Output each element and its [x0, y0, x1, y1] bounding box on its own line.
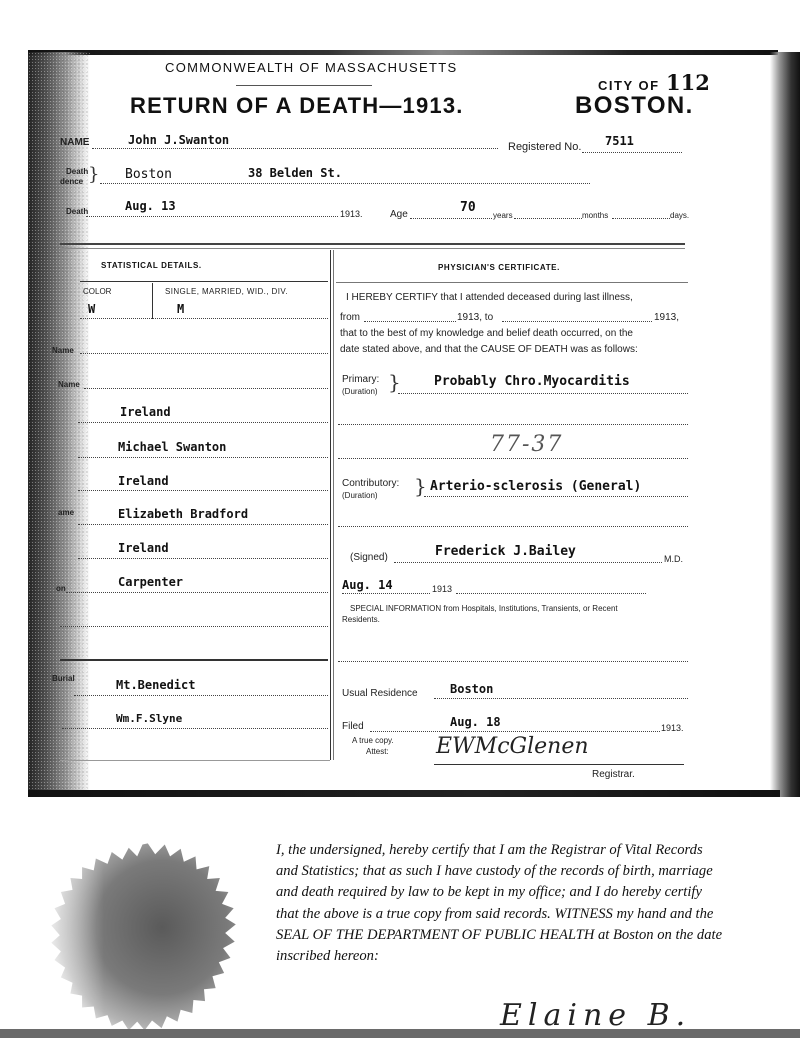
form-bottom-border: [28, 790, 780, 797]
color-label: COLOR: [83, 287, 111, 296]
filed-dotted-line: [370, 731, 660, 732]
stat-row-line-2: [84, 388, 328, 389]
scan-noise-left: [28, 52, 90, 797]
color-value: W: [88, 302, 95, 316]
residence-brace: }: [88, 166, 99, 184]
signed-label: (Signed): [350, 552, 388, 563]
handwritten-code: 77-37: [490, 432, 563, 457]
signed-date-dotted-line: [342, 593, 430, 594]
column-divider-2: [333, 250, 334, 760]
decedent-name: John J.Swanton: [128, 133, 229, 147]
usual-residence-value: Boston: [450, 682, 493, 696]
stat-row-line-4: [78, 457, 328, 458]
mother-name-value: Elizabeth Bradford: [118, 507, 248, 521]
days-dotted-line: [612, 218, 670, 219]
physician-name: Frederick J.Bailey: [435, 544, 576, 559]
age-label: Age: [390, 209, 408, 220]
column-divider: [330, 250, 331, 760]
burial-dotted-line: [74, 695, 328, 696]
residence-street: 38 Belden St.: [248, 166, 342, 180]
stat-row-line-9: [60, 626, 328, 627]
signed-year: 1913: [432, 584, 452, 594]
form-title: RETURN OF A DEATH—1913.: [130, 93, 464, 119]
age-dotted-line: [410, 218, 492, 219]
marital-status-value: M: [177, 302, 184, 316]
marital-status-label: SINGLE, MARRIED, WID., DIV.: [165, 287, 288, 296]
death-date-dotted-line: [86, 216, 338, 217]
scan-bottom-edge: [0, 1029, 800, 1038]
stat-row-line-6: [78, 524, 328, 525]
cert-line-1: I, the undersigned, hereby certify that …: [276, 840, 800, 861]
death-date: Aug. 13: [125, 199, 176, 213]
contributory-label: Contributory:: [342, 478, 399, 489]
usual-residence-label: Usual Residence: [342, 688, 418, 699]
primary-label: Primary:: [342, 374, 379, 385]
left-footer-rule: [60, 760, 330, 761]
usual-residence-dotted-line: [434, 698, 688, 699]
stat-row-line-8: [66, 592, 328, 593]
scan-shadow-right: [770, 52, 800, 797]
burial-section-rule: [60, 659, 328, 661]
years-label: years: [493, 211, 513, 220]
contributory-cause-value: Arterio-sclerosis (General): [430, 479, 641, 494]
death-year: 1913.: [340, 209, 363, 219]
contributory-brace: }: [414, 476, 427, 496]
cert-line-5: SEAL OF THE DEPARTMENT OF PUBLIC HEALTH …: [276, 925, 800, 946]
primary-brace: }: [388, 372, 401, 392]
undertaker-dotted-line: [62, 728, 328, 729]
statistical-details-title: STATISTICAL DETAILS.: [101, 261, 202, 270]
registered-dotted-line: [582, 152, 682, 153]
code-dotted-line: [338, 458, 688, 459]
registrar-certification-text: I, the undersigned, hereby certify that …: [276, 840, 800, 967]
undertaker-value: Wm.F.Slyne: [116, 712, 182, 725]
stat-row-line-0: [80, 318, 328, 319]
certifier-signature: Elaine B.: [500, 998, 691, 1033]
burial-label: Burial: [52, 674, 75, 683]
stat-row-line-3: [78, 422, 328, 423]
registrar-signature: EWMcGlenen: [436, 734, 589, 759]
signature-rule: [434, 764, 684, 765]
residence-label-2: dence: [60, 177, 83, 186]
primary-duration-label: (Duration): [342, 387, 378, 396]
residence-dotted-line: [100, 183, 590, 184]
occupation-value: Carpenter: [118, 575, 183, 589]
signed-date: Aug. 14: [342, 578, 393, 592]
stat-row-line-7: [78, 558, 328, 559]
filed-date: Aug. 18: [450, 715, 501, 729]
registered-number: 7511: [605, 134, 634, 148]
cause-line: date stated above, and that the CAUSE OF…: [340, 344, 638, 355]
contributory-extra-line: [338, 526, 688, 527]
contributory-dotted-line: [424, 496, 688, 497]
months-label: months: [582, 211, 608, 220]
heading-underline: [236, 85, 372, 86]
name-label: NAME: [60, 137, 89, 148]
age-value: 70: [460, 200, 476, 215]
stat-row-label-2: Name: [58, 380, 80, 389]
department-seal-icon: [20, 838, 260, 1038]
filed-label: Filed: [342, 721, 364, 732]
attest-label: Attest:: [366, 747, 389, 756]
stat-row-line-5: [78, 490, 328, 491]
primary-dotted-line: [398, 393, 688, 394]
cert-line-2: and Statistics; that as such I have cust…: [276, 861, 800, 882]
cert-line-4: that the above is a true copy from said …: [276, 904, 800, 925]
true-copy-label: A true copy.: [352, 736, 394, 745]
mother-birthplace-value: Ireland: [118, 541, 169, 555]
death-record-page: COMMONWEALTH OF MASSACHUSETTS RETURN OF …: [0, 0, 800, 1038]
section-top-rule-2: [60, 248, 685, 249]
knowledge-line: that to the best of my knowledge and bel…: [340, 328, 633, 339]
father-birthplace-value: Ireland: [118, 474, 169, 488]
section-top-rule: [60, 243, 685, 245]
birthplace-value: Ireland: [120, 405, 171, 419]
cert-line-3: and death required by law to be kept in …: [276, 882, 800, 903]
stat-row-label-mother: ame: [58, 508, 74, 517]
stat-row-line-1: [80, 353, 328, 354]
signed-dotted-line: [394, 562, 662, 563]
registrar-label: Registrar.: [592, 769, 635, 780]
to-dotted-line: [502, 321, 652, 322]
name-dotted-line: [92, 148, 498, 149]
contributory-duration-label: (Duration): [342, 491, 378, 500]
residence-label-1: Death: [66, 167, 88, 176]
death-date-label: Death: [66, 207, 88, 216]
city-of-label: CITY OF: [598, 78, 660, 93]
from-dotted-line: [364, 321, 456, 322]
special-info-line-1: SPECIAL INFORMATION from Hospitals, Inst…: [350, 604, 618, 613]
burial-place-value: Mt.Benedict: [116, 678, 195, 692]
color-divider: [152, 283, 153, 319]
days-label: days.: [670, 211, 689, 220]
special-info-dotted-line: [338, 661, 688, 662]
months-dotted-line: [514, 218, 582, 219]
certify-line: I HEREBY CERTIFY that I attended decease…: [346, 292, 633, 303]
stat-row-label-1: Name: [52, 346, 74, 355]
to-year: 1913,: [654, 312, 679, 323]
city-name: BOSTON.: [575, 92, 694, 120]
filed-year: 1913.: [661, 723, 684, 733]
signed-year-dotted-line: [456, 593, 646, 594]
from-label: from: [340, 312, 360, 323]
special-info-line-2: Residents.: [342, 615, 380, 624]
physician-certificate-title: PHYSICIAN'S CERTIFICATE.: [438, 263, 560, 272]
father-name-value: Michael Swanton: [118, 440, 226, 454]
form-top-border: [28, 50, 778, 55]
primary-extra-line: [338, 424, 688, 425]
stat-row-label-occupation: on: [56, 584, 66, 593]
from-year: 1913, to: [457, 312, 493, 323]
physician-header-rule: [336, 282, 688, 283]
primary-cause-value: Probably Chro.Myocarditis: [434, 374, 630, 389]
cert-line-6: inscribed hereon:: [276, 946, 800, 967]
statistical-header-rule: [80, 281, 328, 282]
registered-no-label: Registered No.: [508, 141, 581, 153]
residence-city: Boston: [125, 167, 172, 182]
md-label: M.D.: [664, 554, 683, 564]
commonwealth-heading: COMMONWEALTH OF MASSACHUSETTS: [165, 60, 457, 75]
